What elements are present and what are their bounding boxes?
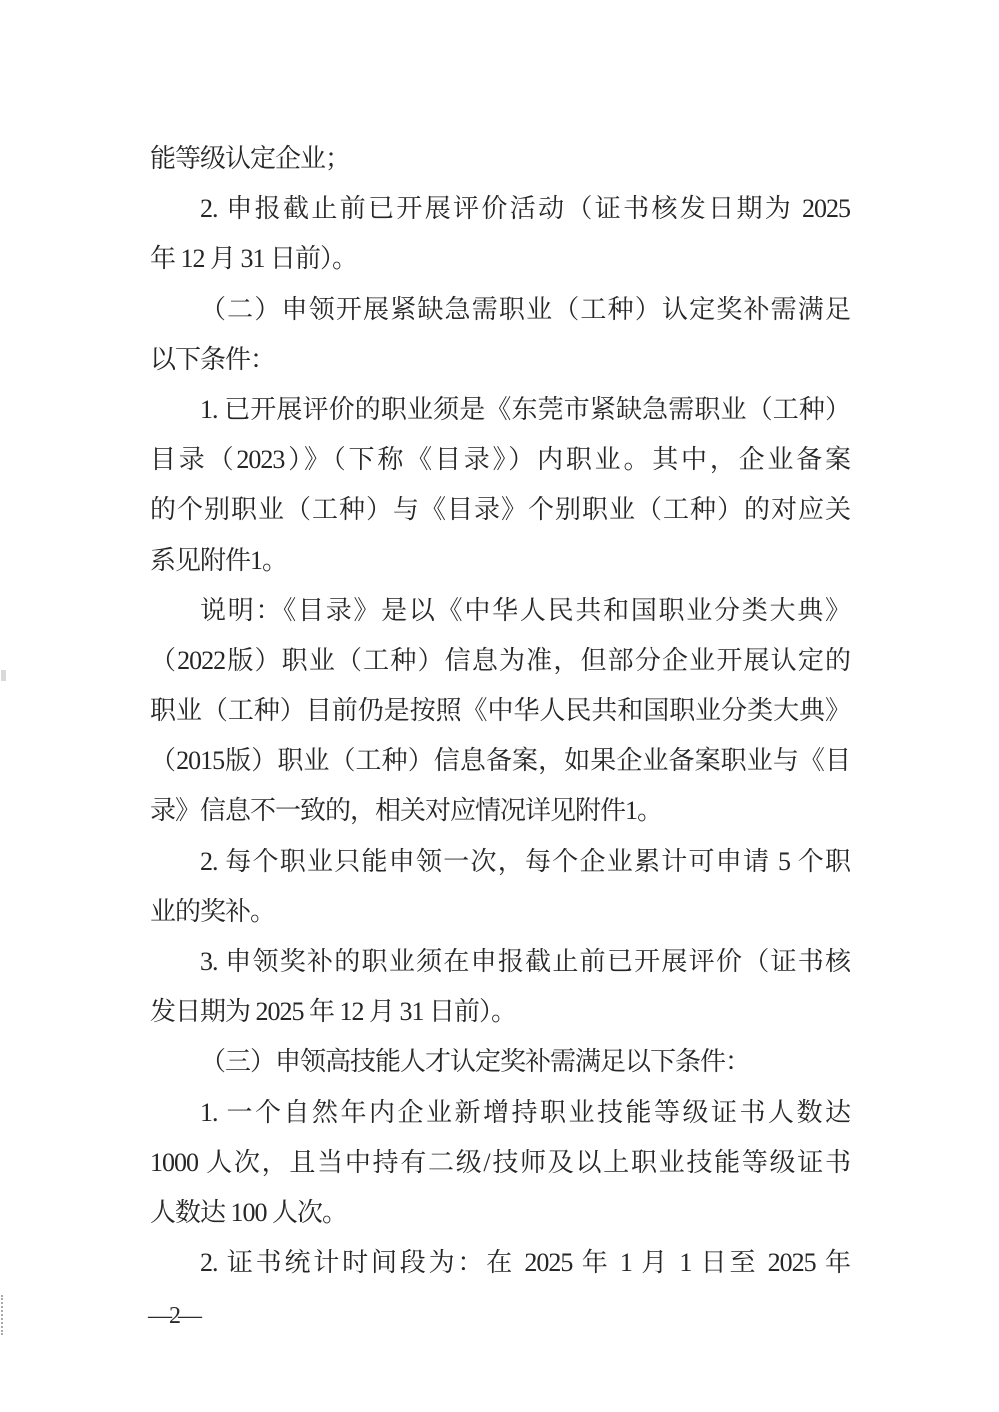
text-line: 发日期为 2025 年 12 月 31 日前）。 bbox=[150, 987, 850, 1037]
document-body: 能等级认定企业； 2. 申报截止前已开展评价活动（证书核发日期为 2025 年 … bbox=[150, 134, 850, 1288]
document-page: 能等级认定企业； 2. 申报截止前已开展评价活动（证书核发日期为 2025 年 … bbox=[0, 0, 999, 1412]
text-line: 能等级认定企业； bbox=[150, 134, 850, 184]
text-line: 目录（2023）》（下称《目录》）内职业。其中，企业备案 bbox=[150, 435, 850, 485]
text-line: 说明：《目录》是以《中华人民共和国职业分类大典》 bbox=[150, 586, 850, 636]
text-line: 业的奖补。 bbox=[150, 887, 850, 937]
text-line: 录》信息不一致的，相关对应情况详见附件1。 bbox=[150, 786, 850, 836]
text-line: 系见附件1。 bbox=[150, 536, 850, 586]
text-line: （2015版）职业（工种）信息备案，如果企业备案职业与《目 bbox=[150, 736, 850, 786]
text-line: （2022版）职业（工种）信息为准，但部分企业开展认定的 bbox=[150, 636, 850, 686]
text-line: 年 12 月 31 日前）。 bbox=[150, 234, 850, 284]
scan-artifact bbox=[1, 670, 6, 681]
text-line: 1. 一个自然年内企业新增持职业技能等级证书人数达 bbox=[150, 1088, 850, 1138]
text-line: 2. 每个职业只能申领一次，每个企业累计可申请 5 个职 bbox=[150, 837, 850, 887]
text-line: 的个别职业（工种）与《目录》个别职业（工种）的对应关 bbox=[150, 485, 850, 535]
text-line: 3. 申领奖补的职业须在申报截止前已开展评价（证书核 bbox=[150, 937, 850, 987]
text-line: 2. 申报截止前已开展评价活动（证书核发日期为 2025 bbox=[150, 184, 850, 234]
text-line: （二）申领开展紧缺急需职业（工种）认定奖补需满足 bbox=[150, 285, 850, 335]
text-line: 职业（工种）目前仍是按照《中华人民共和国职业分类大典》 bbox=[150, 686, 850, 736]
text-line: 以下条件： bbox=[150, 335, 850, 385]
text-line: 人数达 100 人次。 bbox=[150, 1188, 850, 1238]
text-line: 1000 人次，且当中持有二级/技师及以上职业技能等级证书 bbox=[150, 1138, 850, 1188]
text-line: （三）申领高技能人才认定奖补需满足以下条件： bbox=[150, 1037, 850, 1087]
text-line: 1. 已开展评价的职业须是《东莞市紧缺急需职业（工种） bbox=[150, 385, 850, 435]
scan-artifact bbox=[1, 1295, 3, 1335]
page-number: —2— bbox=[148, 1303, 199, 1330]
text-line: 2. 证书统计时间段为：在 2025 年 1 月 1 日至 2025 年 bbox=[150, 1238, 850, 1288]
